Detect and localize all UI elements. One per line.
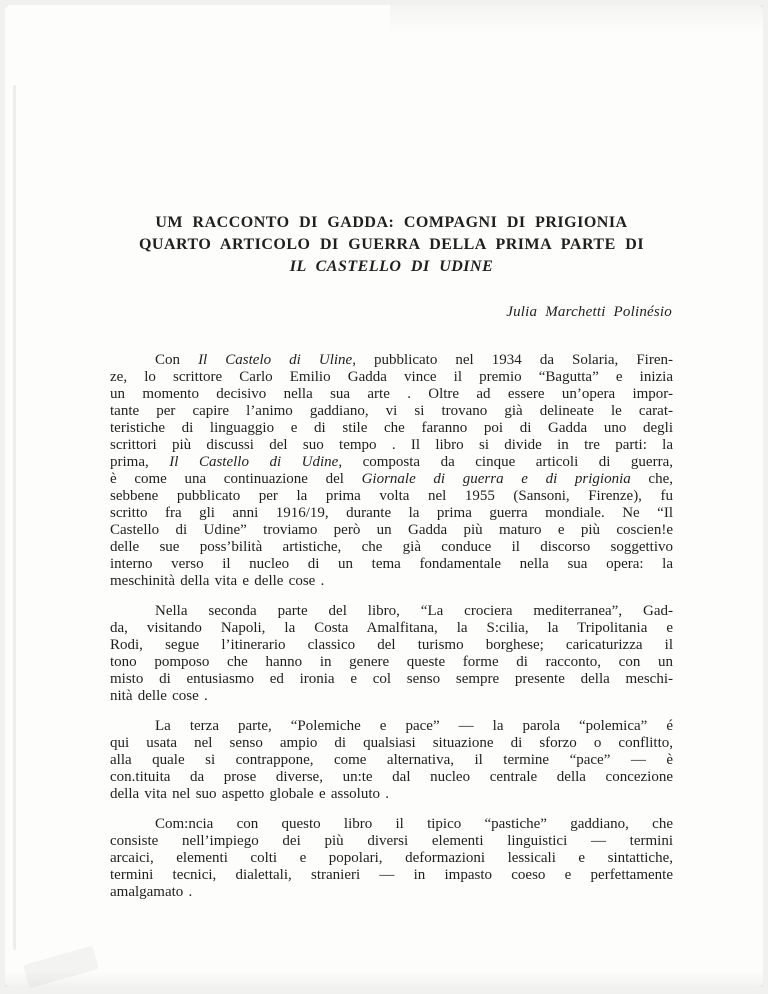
text-line: consiste nell’impiego dei più diversi el… — [110, 833, 673, 850]
title-line-1: UM RACCONTO DI GADDA: COMPAGNI DI PRIGIO… — [110, 212, 673, 234]
paragraph: La terza parte, “Polemiche e pace” — la … — [110, 718, 673, 803]
text-line: alla quale si contrappone, come alternat… — [110, 752, 673, 769]
text-line: meschinità della vita e delle cose . — [110, 573, 673, 590]
text-line: Rodi, segue l’itinerario classico del tu… — [110, 637, 673, 654]
text-line: Com:ncia con questo libro il tipico “pas… — [110, 816, 673, 833]
text-line: interno verso il nucleo di un tema fonda… — [110, 556, 673, 573]
scan-artifact-left-edge — [13, 85, 16, 950]
text-line: amalgamato . — [110, 884, 673, 901]
author-byline: Julia Marchetti Polinésio — [110, 303, 673, 322]
text-line: termini tecnici, dialettali, stranieri —… — [110, 867, 673, 884]
text-line: misto di entusiasmo ed ironia e col sens… — [110, 671, 673, 688]
text-line: nità delle cose . — [110, 688, 673, 705]
text-line: arcaici, elementi colti e popolari, defo… — [110, 850, 673, 867]
text-line: sebbene pubblicato per la prima volta ne… — [110, 488, 673, 505]
text-line: Nella seconda parte del libro, “La croci… — [110, 603, 673, 620]
text-line: qui usata nel senso ampio di qualsiasi s… — [110, 735, 673, 752]
paragraph: Com:ncia con questo libro il tipico “pas… — [110, 816, 673, 901]
text-line: La terza parte, “Polemiche e pace” — la … — [110, 718, 673, 735]
text-line: teristiche di linguaggio e di stile che … — [110, 420, 673, 437]
text-line: Castello di Udine” troviamo però un Gadd… — [110, 522, 673, 539]
text-line: Con Il Castelo di Uline, pubblicato nel … — [110, 352, 673, 369]
paragraphs: Con Il Castelo di Uline, pubblicato nel … — [110, 352, 673, 901]
title-line-3: IL CASTELLO DI UDINE — [110, 256, 673, 278]
text-line: delle sue poss’bilità artistiche, che gi… — [110, 539, 673, 556]
text-line: tono pomposo che hanno in genere queste … — [110, 654, 673, 671]
title-line-2: QUARTO ARTICOLO DI GUERRA DELLA PRIMA PA… — [110, 234, 673, 256]
text-line: scritto fra gli anni 1916/19, durante la… — [110, 505, 673, 522]
scan-artifact-top — [390, 5, 763, 31]
scanned-page: UM RACCONTO DI GADDA: COMPAGNI DI PRIGIO… — [5, 5, 763, 987]
paragraph: Con Il Castelo di Uline, pubblicato nel … — [110, 352, 673, 590]
text-line: da, visitando Napoli, la Costa Amalfitan… — [110, 620, 673, 637]
paragraph: Nella seconda parte del libro, “La croci… — [110, 603, 673, 705]
text-line: tante per capire l’animo gaddiano, vi si… — [110, 403, 673, 420]
text-line: è come una continuazione del Giornale di… — [110, 471, 673, 488]
scan-artifact-bottom — [5, 971, 763, 987]
article-title: UM RACCONTO DI GADDA: COMPAGNI DI PRIGIO… — [110, 212, 673, 278]
text-line: scrittori più discussi del suo tempo . I… — [110, 437, 673, 454]
text-line: della vita nel suo aspetto globale e ass… — [110, 786, 673, 803]
text-line: prima, Il Castello di Udine, composta da… — [110, 454, 673, 471]
text-line: con.tituita da prose diverse, un:te dal … — [110, 769, 673, 786]
text-line: ze, lo scrittore Carlo Emilio Gadda vinc… — [110, 369, 673, 386]
article-text-block: UM RACCONTO DI GADDA: COMPAGNI DI PRIGIO… — [110, 212, 673, 914]
text-line: un momento decisivo nella sua arte . Olt… — [110, 386, 673, 403]
